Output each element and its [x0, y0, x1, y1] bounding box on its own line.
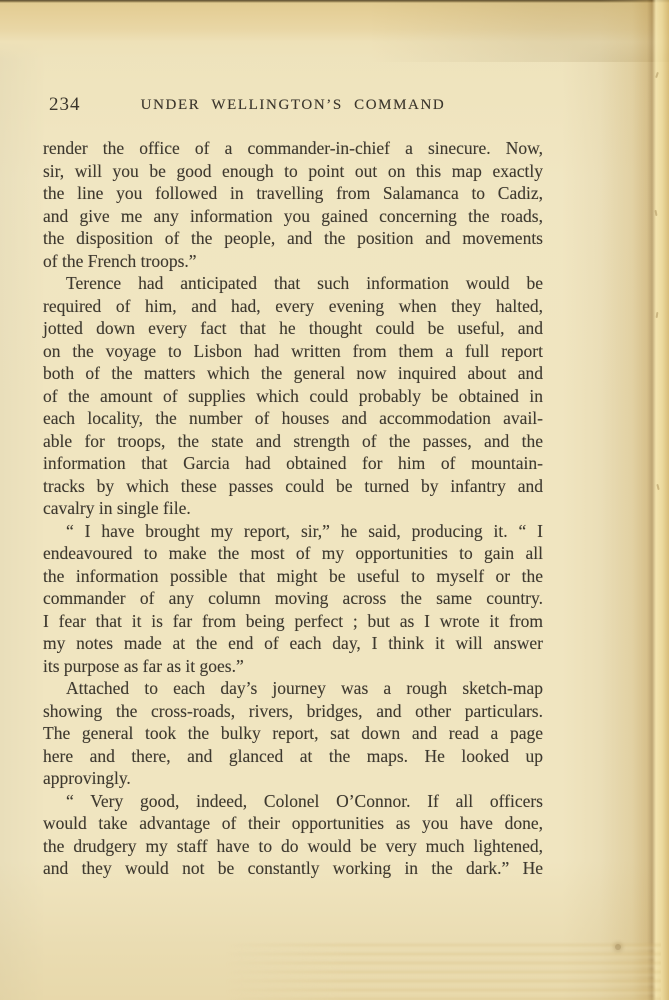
text-line: the disposition of the people, and the p… — [43, 227, 543, 250]
text-line: endeavoured to make the most of my oppor… — [43, 542, 543, 565]
text-line: The general took the bulky report, sat d… — [43, 722, 543, 745]
text-line: the drudgery my staff have to do would b… — [43, 835, 543, 858]
text-line: information that Garcia had obtained for… — [43, 452, 543, 475]
text-line: Terence had anticipated that such inform… — [43, 272, 543, 295]
text-line: on the voyage to Lisbon had written from… — [43, 340, 543, 363]
text-line: sir, will you be good enough to point ou… — [43, 160, 543, 183]
text-line: both of the matters which the general no… — [43, 362, 543, 385]
text-line: approvingly. — [43, 767, 543, 790]
text-line: required of him, and had, every evening … — [43, 295, 543, 318]
text-line: jotted down every fact that he thought c… — [43, 317, 543, 340]
text-line: here and there, and glanced at the maps.… — [43, 745, 543, 768]
page-number: 234 — [49, 95, 81, 114]
text-line: “ Very good, indeed, Colonel O’Connor. I… — [43, 790, 543, 813]
paragraph: render the office of a commander-in-chie… — [43, 137, 543, 272]
text-line: render the office of a commander-in-chie… — [43, 137, 543, 160]
page-header: 234 UNDER WELLINGTON’S COMMAND — [43, 95, 543, 117]
text-line: and give me any information you gained c… — [43, 205, 543, 228]
text-line: and they would not be constantly working… — [43, 857, 543, 880]
paragraph: “ I have brought my report, sir,” he sai… — [43, 520, 543, 678]
text-line: commander of any column moving across th… — [43, 587, 543, 610]
text-line: I fear that it is far from being perfect… — [43, 610, 543, 633]
paper-fibre-texture — [225, 942, 661, 1000]
page-top-edge — [0, 0, 669, 62]
text-line: cavalry in single file. — [43, 497, 543, 520]
text-line: the information possible that might be u… — [43, 565, 543, 588]
text-line: of the French troops.” — [43, 250, 543, 273]
text-column: render the office of a commander-in-chie… — [43, 137, 543, 880]
text-line: of the amount of supplies which could pr… — [43, 385, 543, 408]
paragraph: Terence had anticipated that such inform… — [43, 272, 543, 520]
paragraph: “ Very good, indeed, Colonel O’Connor. I… — [43, 790, 543, 880]
text-line: showing the cross-roads, rivers, bridges… — [43, 700, 543, 723]
text-line: my notes made at the end of each day, I … — [43, 632, 543, 655]
running-header: UNDER WELLINGTON’S COMMAND — [43, 95, 543, 116]
paper-speck — [615, 944, 621, 950]
text-line: able for troops, the state and strength … — [43, 430, 543, 453]
text-line: its purpose as far as it goes.” — [43, 655, 543, 678]
text-line: tracks by which these passes could be tu… — [43, 475, 543, 498]
text-line: the line you followed in travelling from… — [43, 182, 543, 205]
text-line: each locality, the number of houses and … — [43, 407, 543, 430]
text-line: would take advantage of their opportunit… — [43, 812, 543, 835]
text-line: Attached to each day’s journey was a rou… — [43, 677, 543, 700]
text-line: “ I have brought my report, sir,” he sai… — [43, 520, 543, 543]
book-page: 234 UNDER WELLINGTON’S COMMAND render th… — [0, 0, 669, 1000]
paragraph: Attached to each day’s journey was a rou… — [43, 677, 543, 790]
page-right-edge — [600, 0, 669, 1000]
